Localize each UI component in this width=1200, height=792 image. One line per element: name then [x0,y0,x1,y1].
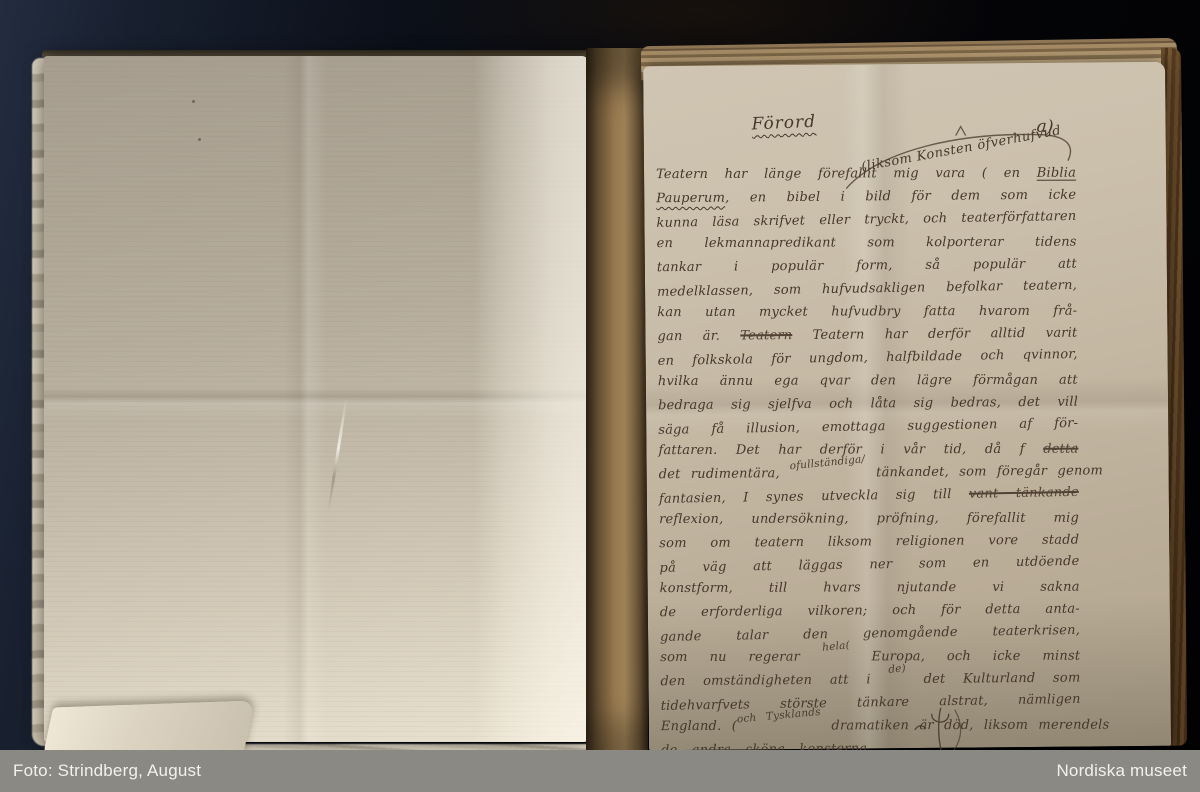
manuscript-line: en lekmannapredikant som kolporterar tid… [657,231,1077,255]
manuscript-line: konstform, till hvars njutande vi sakna [660,576,1080,600]
manuscript-line: fattaren. Det har derför i vår tid, då f… [658,438,1078,462]
caption-photographer: Foto: Strindberg, August [13,761,201,781]
folder-spine [586,48,648,752]
right-page-stack: Förord a) (liksom Konsten öfverhufvud Te… [639,40,1185,755]
left-blank-page [44,56,588,742]
paper-crease-highlight [327,395,349,514]
manuscript-line: Teatern har länge förefallit mig vara ( … [656,162,1076,186]
manuscript-page: Förord a) (liksom Konsten öfverhufvud Te… [643,62,1171,751]
manuscript-line: England. (och Tysklands dramatiken är dö… [661,714,1081,738]
manuscript-line: reflexion, undersökning, pröfning, föref… [659,507,1079,531]
manuscript-line: kan utan mycket hufvudbry fatta hvarom f… [657,300,1077,324]
manuscript-line: som nu regerar hela( Europa, och icke mi… [660,645,1080,669]
manuscript-lines: Teatern har länge förefallit mig vara ( … [656,161,1081,763]
caption-museum: Nordiska museet [1056,761,1187,781]
ink-doodle-icon [911,704,967,756]
archive-photo: Förord a) (liksom Konsten öfverhufvud Te… [0,0,1200,792]
paper-speck [198,138,201,141]
caption-bar: Foto: Strindberg, August Nordiska museet [0,750,1200,792]
left-page-stack [36,52,588,752]
manuscript-title: Förord [751,112,816,135]
manuscript-line: hvilka ännu ega qvar den lägre förmågan … [658,369,1078,393]
paper-speck [192,100,195,103]
